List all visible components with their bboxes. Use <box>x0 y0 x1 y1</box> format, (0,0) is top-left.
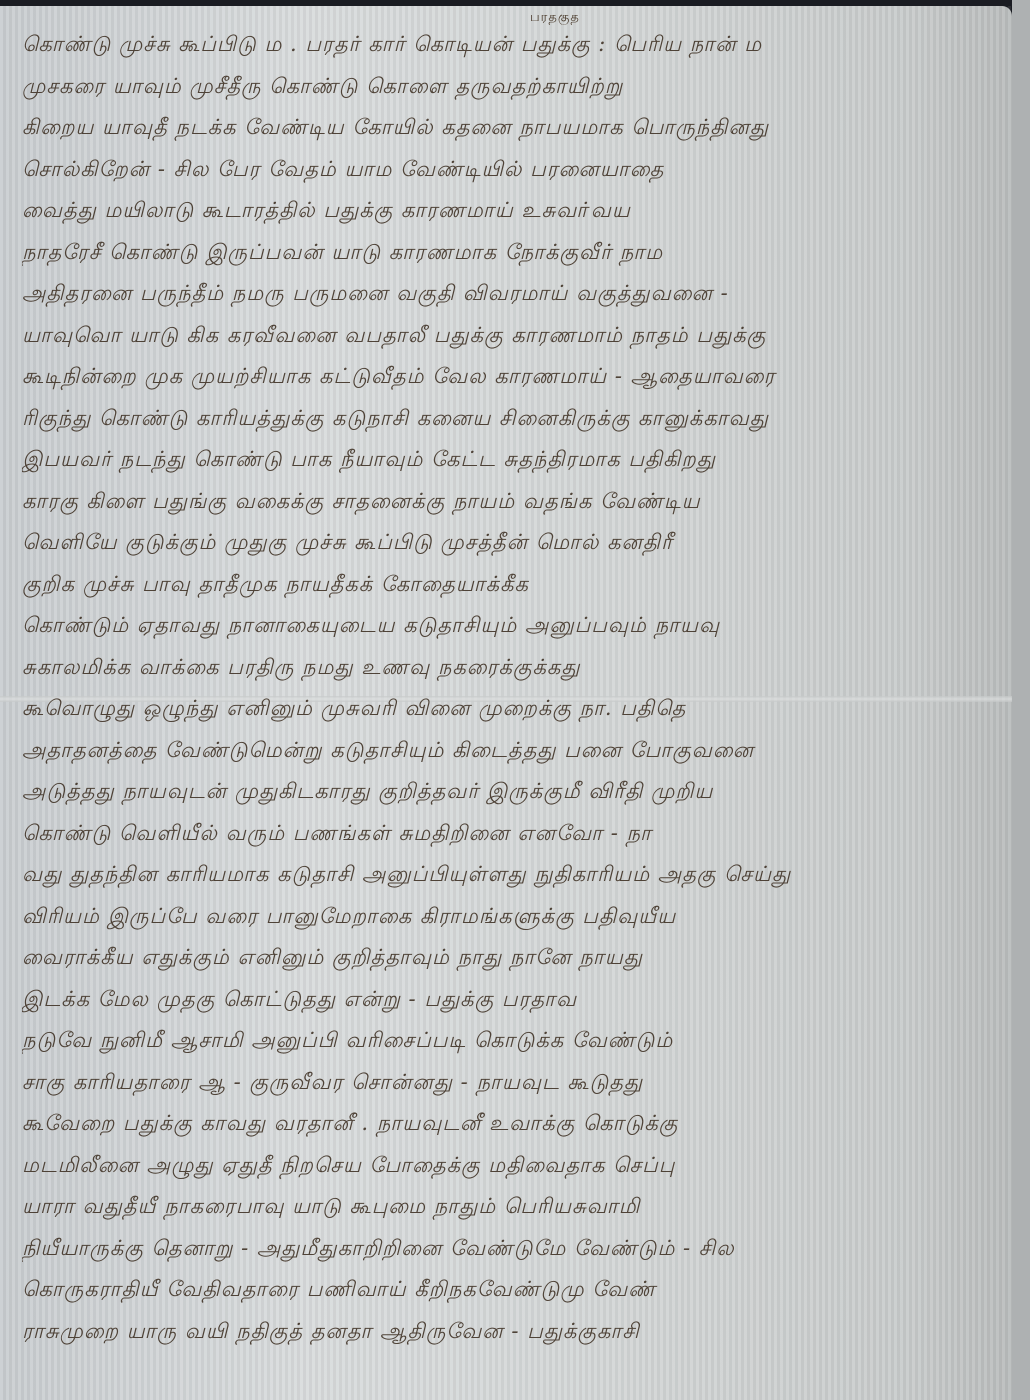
manuscript-line: ராசுமுறை யாரு வயி நதிகுத் தனதா ஆதிருவேன … <box>22 1319 1002 1353</box>
manuscript-line: ரிகுந்து கொண்டு காரியத்துக்கு கடுநாசி கன… <box>22 406 1002 440</box>
manuscript-line: யாரா வதுதீயீ நாகரைபாவு யாடு கூபுமை நாதும… <box>22 1194 1002 1228</box>
page-edge <box>1012 0 1030 1400</box>
header-word: பரதகுத <box>530 10 580 26</box>
manuscript-line: மடமிலீனை அழுது ஏதுதீ நிறசெய போதைக்கு மதி… <box>22 1153 1002 1187</box>
manuscript-line: இபயவர் நடந்து கொண்டு பாக நீயாவும் கேட்ட … <box>22 447 1002 481</box>
manuscript-line: விரியம் இருப்பே வரை பானுமேறாகை கிராமங்கள… <box>22 904 1002 938</box>
manuscript-line: கூவொழுது ஒழுந்து எனினும் முசுவரி வினை மு… <box>22 696 1002 730</box>
manuscript-line: வது துதந்தின காரியமாக கடுதாசி அனுப்பியுள… <box>22 862 1002 896</box>
manuscript-line: வெளியே குடுக்கும் முதுகு முச்சு கூப்பிடு… <box>22 530 1002 564</box>
manuscript-line: இடக்க மேல முதகு கொட்டுதது என்று - பதுக்க… <box>22 987 1002 1021</box>
manuscript-line: வைத்து மயிலாடு கூடாரத்தில் பதுக்கு காரணம… <box>22 198 1002 232</box>
manuscript-line: குறிக முச்சு பாவு தாதீமுக நாயதீகக் கோதைய… <box>22 572 1002 606</box>
manuscript-line: நடுவே நுனிமீ ஆசாமி அனுப்பி வரிசைப்படி கொ… <box>22 1028 1002 1062</box>
manuscript-line: அடுத்தது நாயவுடன் முதுகிடகாரது குறித்தவர… <box>22 779 1002 813</box>
manuscript-line: கொண்டு வெளியீல் வரும் பணங்கள் சுமதிறினை … <box>22 821 1002 855</box>
manuscript-line: நாதரேசீ கொண்டு இருப்பவன் யாடு காரணமாக நோ… <box>22 240 1002 274</box>
manuscript-line: சுகாலமிக்க வாக்கை பரதிரு நமது உணவு நகரைக… <box>22 655 1002 689</box>
manuscript-line: முசகரை யாவும் முசீதீரு கொண்டு கொளை தருவத… <box>22 74 1002 108</box>
manuscript-line: அதிதரனை பருந்தீம் நமரு பருமனை வகுதி விவர… <box>22 281 1002 315</box>
manuscript-line: கொண்டும் ஏதாவது நானாகையுடைய கடுதாசியும் … <box>22 613 1002 647</box>
manuscript-line: சொல்கிறேன் - சில பேர வேதம் யாம வேண்டியில… <box>22 157 1002 191</box>
manuscript-line: அதாதனத்தை வேண்டுமென்று கடுதாசியும் கிடைத… <box>22 738 1002 772</box>
manuscript-line: யாவுவொ யாடு கிக கரவீவனை வபதாலீ பதுக்கு க… <box>22 323 1002 357</box>
manuscript-line: சாகு காரியதாரை ஆ - குருவீவர சொன்னது - நா… <box>22 1070 1002 1104</box>
manuscript-line: கொண்டு முச்சு கூப்பிடு ம . பரதர் கார் கொ… <box>22 32 1002 66</box>
manuscript-line: காரகு கிளை பதுங்கு வகைக்கு சாதனைக்கு நாய… <box>22 489 1002 523</box>
manuscript-line: வைராக்கீய எதுக்கும் எனினும் குறித்தாவும்… <box>22 945 1002 979</box>
manuscript-line: கொருகராதியீ வேதிவதாரை பணிவாய் கீறிநகவேண்… <box>22 1277 1002 1311</box>
manuscript-line: நியீயாருக்கு தெனாறு - அதுமீதுகாறிறினை வே… <box>22 1236 1002 1270</box>
manuscript-line: கூவேறை பதுக்கு காவது வரதானீ . நாயவுடனீ உ… <box>22 1111 1002 1145</box>
manuscript-line: கிறைய யாவுதீ நடக்க வேண்டிய கோயில் கதனை ந… <box>22 115 1002 149</box>
manuscript-page: பரதகுத கொண்டு முச்சு கூப்பிடு ம . பரதர் … <box>0 6 1012 1400</box>
manuscript-line: கூடிநின்றை முக முயற்சியாக கட்டுவீதம் வேல… <box>22 364 1002 398</box>
